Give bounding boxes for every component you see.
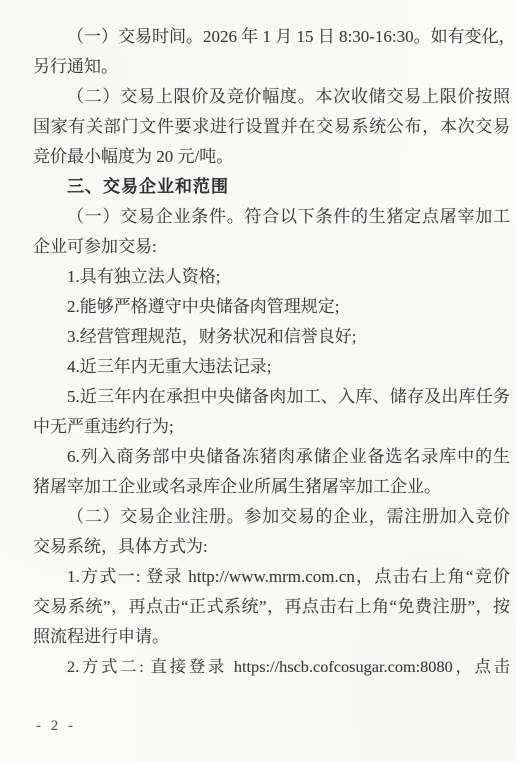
text-line: 企业可参加交易: bbox=[33, 232, 510, 262]
para-trading-time: （一）交易时间。2026 年 1 月 15 日 8:30-16:30。如有变化，… bbox=[33, 22, 510, 82]
text-line: 6.列入商务部中央储备冻猪肉承储企业备选名录库中的生 bbox=[33, 442, 510, 472]
para-enterprise-conditions: （一）交易企业条件。符合以下条件的生猪定点屠宰加工企业可参加交易: bbox=[33, 202, 510, 262]
text-line: 三、交易企业和范围 bbox=[33, 172, 510, 202]
section-3-heading: 三、交易企业和范围 bbox=[33, 172, 510, 202]
para-registration: （二）交易企业注册。参加交易的企业，需注册加入竞价交易系统，具体方式为: bbox=[33, 502, 510, 562]
condition-4: 4.近三年内无重大违法记录; bbox=[33, 352, 510, 382]
text-line: 照流程进行申请。 bbox=[33, 622, 510, 652]
document-page: （一）交易时间。2026 年 1 月 15 日 8:30-16:30。如有变化，… bbox=[0, 0, 516, 762]
condition-2: 2.能够严格遵守中央储备肉管理规定; bbox=[33, 292, 510, 322]
text-line: （一）交易时间。2026 年 1 月 15 日 8:30-16:30。如有变化， bbox=[33, 22, 510, 52]
para-method-1: 1.方式一: 登录 http://www.mrm.com.cn，点击右上角“竞价… bbox=[33, 562, 510, 652]
text-line: （二）交易上限价及竞价幅度。本次收储交易上限价按照 bbox=[33, 82, 510, 112]
condition-6: 6.列入商务部中央储备冻猪肉承储企业备选名录库中的生猪屠宰加工企业或名录库企业所… bbox=[33, 442, 510, 502]
text-line: 2.能够严格遵守中央储备肉管理规定; bbox=[33, 292, 510, 322]
text-line: （二）交易企业注册。参加交易的企业，需注册加入竞价 bbox=[33, 502, 510, 532]
text-line: 3.经营管理规范，财务状况和信誉良好; bbox=[33, 322, 510, 352]
text-line: 另行通知。 bbox=[33, 52, 510, 82]
text-line: 5.近三年内在承担中央储备肉加工、入库、储存及出库任务 bbox=[33, 382, 510, 412]
text-line: 竞价最小幅度为 20 元/吨。 bbox=[33, 142, 510, 172]
text-line: 4.近三年内无重大违法记录; bbox=[33, 352, 510, 382]
condition-3: 3.经营管理规范，财务状况和信誉良好; bbox=[33, 322, 510, 352]
text-line: 中无严重违约行为; bbox=[33, 412, 510, 442]
page-number: - 2 - bbox=[36, 711, 76, 741]
text-line: 国家有关部门文件要求进行设置并在交易系统公布，本次交易 bbox=[33, 112, 510, 142]
text-line: 交易系统”，再点击“正式系统”，再点击右上角“免费注册”，按 bbox=[33, 592, 510, 622]
text-line: 交易系统，具体方式为: bbox=[33, 532, 510, 562]
text-line: 2.方式二: 直接登录 https://hscb.cofcosugar.com:… bbox=[33, 652, 510, 682]
condition-1: 1.具有独立法人资格; bbox=[33, 262, 510, 292]
condition-5: 5.近三年内在承担中央储备肉加工、入库、储存及出库任务中无严重违约行为; bbox=[33, 382, 510, 442]
para-method-2: 2.方式二: 直接登录 https://hscb.cofcosugar.com:… bbox=[33, 652, 510, 682]
para-price-cap: （二）交易上限价及竞价幅度。本次收储交易上限价按照国家有关部门文件要求进行设置并… bbox=[33, 82, 510, 172]
text-line: 1.方式一: 登录 http://www.mrm.com.cn，点击右上角“竞价 bbox=[33, 562, 510, 592]
text-line: （一）交易企业条件。符合以下条件的生猪定点屠宰加工 bbox=[33, 202, 510, 232]
text-line: 1.具有独立法人资格; bbox=[33, 262, 510, 292]
text-line: 猪屠宰加工企业或名录库企业所属生猪屠宰加工企业。 bbox=[33, 472, 510, 502]
document-body: （一）交易时间。2026 年 1 月 15 日 8:30-16:30。如有变化，… bbox=[33, 22, 510, 682]
